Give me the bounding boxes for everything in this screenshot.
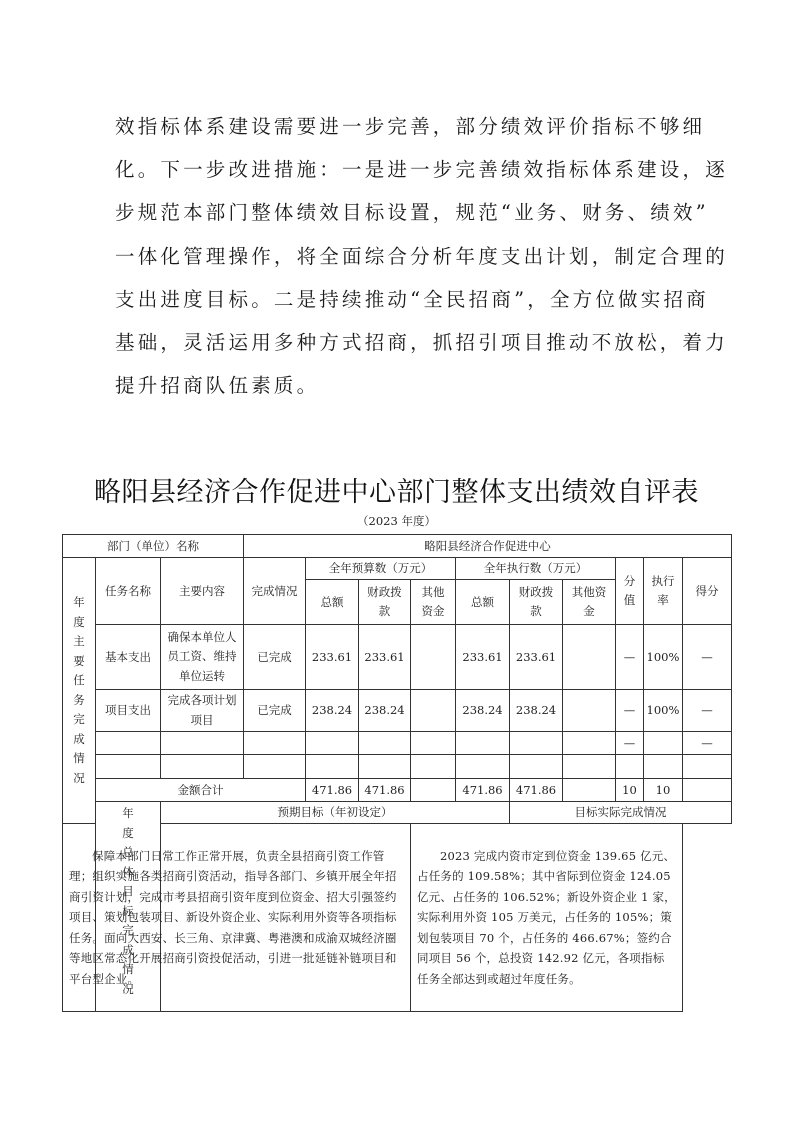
exec-fiscal-cell: 233.61 [510, 625, 563, 690]
budget-other-sum [411, 779, 456, 802]
header-exec-fiscal: 财政拨款 [510, 580, 563, 625]
paragraph-line: 支出进度目标。二是持续推动“全民招商”，全方位做实招商 [115, 278, 685, 321]
score-sum [683, 779, 732, 802]
table-title: 略阳县经济合作促进中心部门整体支出绩效自评表 [0, 470, 793, 509]
budget-fiscal-cell: 238.24 [359, 690, 411, 732]
completion-cell [244, 755, 306, 779]
exec-fiscal-cell [510, 755, 563, 779]
paragraph-line: 基础，灵活运用多种方式招商，抓招引项目推动不放松，着力 [115, 321, 685, 364]
section-task-completion-label: 年度主要任务完成情况 [63, 558, 96, 824]
score-cell: — [683, 690, 732, 732]
table-row [63, 755, 732, 779]
exec-rate-cell [644, 732, 683, 755]
budget-total-cell: 238.24 [306, 690, 359, 732]
paragraph-line: 一体化管理操作，将全面综合分析年度支出计划，制定合理的 [115, 235, 685, 278]
score-value-cell: — [616, 732, 644, 755]
header-budget-group: 全年预算数（万元） [306, 558, 456, 580]
total-label: 金额合计 [96, 779, 306, 802]
budget-other-cell [411, 732, 456, 755]
exec-rate-sum: 10 [644, 779, 683, 802]
paragraph-line: 效指标体系建设需要进一步完善，部分绩效评价指标不够细 [115, 105, 685, 148]
main-content-cell: 确保本单位人员工资、维持单位运转 [161, 625, 244, 690]
paragraph-line: 步规范本部门整体绩效目标设置，规范“业务、财务、绩效” [115, 191, 685, 234]
budget-fiscal-sum: 471.86 [359, 779, 411, 802]
exec-fiscal-cell: 238.24 [510, 690, 563, 732]
dept-name-label: 部门（单位）名称 [63, 535, 244, 558]
main-content-cell [161, 755, 244, 779]
score-value-cell: — [616, 690, 644, 732]
budget-fiscal-cell [359, 732, 411, 755]
actual-goal-content: 2023 完成内资市定到位资金 139.65 亿元、占任务的 109.58%；其… [411, 824, 683, 1012]
exec-total-sum: 471.86 [456, 779, 510, 802]
header-exec-total: 总额 [456, 580, 510, 625]
paragraph-line: 化。下一步改进措施：一是进一步完善绩效指标体系建设，逐 [115, 148, 685, 191]
exec-other-cell [563, 732, 616, 755]
score-cell [683, 755, 732, 779]
budget-other-cell [411, 690, 456, 732]
expected-goal-header: 预期目标（年初设定） [161, 802, 510, 824]
exec-total-cell: 233.61 [456, 625, 510, 690]
task-name-cell [96, 732, 161, 755]
budget-fiscal-cell [359, 755, 411, 779]
task-name-cell: 基本支出 [96, 625, 161, 690]
exec-fiscal-cell [510, 732, 563, 755]
header-completion: 完成情况 [244, 558, 306, 625]
total-row: 金额合计 471.86 471.86 471.86 471.86 10 10 [63, 779, 732, 802]
score-cell: — [683, 732, 732, 755]
body-paragraph: 效指标体系建设需要进一步完善，部分绩效评价指标不够细 化。下一步改进措施：一是进… [115, 105, 685, 407]
performance-self-evaluation-table: 部门（单位）名称 略阳县经济合作促进中心 年度主要任务完成情况 任务名称 主要内… [62, 534, 732, 1012]
paragraph-line: 提升招商队伍素质。 [115, 364, 685, 407]
budget-total-cell [306, 732, 359, 755]
budget-total-sum: 471.86 [306, 779, 359, 802]
task-name-cell: 项目支出 [96, 690, 161, 732]
exec-fiscal-sum: 471.86 [510, 779, 563, 802]
main-content-cell: 完成各项计划项目 [161, 690, 244, 732]
exec-other-cell [563, 625, 616, 690]
score-value-sum: 10 [616, 779, 644, 802]
exec-rate-cell: 100% [644, 690, 683, 732]
table-row: 基本支出 确保本单位人员工资、维持单位运转 已完成 233.61 233.61 … [63, 625, 732, 690]
header-task-name: 任务名称 [96, 558, 161, 625]
expected-goal-content: 保障本部门日常工作正常开展，负责全县招商引资工作管理；组织实施各类招商引资活动，… [63, 824, 411, 1012]
budget-other-cell [411, 625, 456, 690]
exec-total-cell [456, 732, 510, 755]
score-value-cell [616, 755, 644, 779]
exec-rate-cell: 100% [644, 625, 683, 690]
exec-total-cell [456, 755, 510, 779]
table-row: 项目支出 完成各项计划项目 已完成 238.24 238.24 238.24 2… [63, 690, 732, 732]
exec-rate-cell [644, 755, 683, 779]
header-budget-other: 其他资金 [411, 580, 456, 625]
score-value-cell: — [616, 625, 644, 690]
main-content-cell [161, 732, 244, 755]
header-main-content: 主要内容 [161, 558, 244, 625]
header-score: 得分 [683, 558, 732, 625]
header-exec-other: 其他资金 [563, 580, 616, 625]
header-budget-total: 总额 [306, 580, 359, 625]
completion-cell: 已完成 [244, 625, 306, 690]
budget-other-cell [411, 755, 456, 779]
budget-fiscal-cell: 233.61 [359, 625, 411, 690]
score-cell: — [683, 625, 732, 690]
completion-cell: 已完成 [244, 690, 306, 732]
header-score-value: 分值 [616, 558, 644, 625]
completion-cell [244, 732, 306, 755]
exec-total-cell: 238.24 [456, 690, 510, 732]
exec-other-cell [563, 690, 616, 732]
exec-other-cell [563, 755, 616, 779]
budget-total-cell: 233.61 [306, 625, 359, 690]
table-subtitle: （2023 年度） [0, 513, 793, 529]
header-exec-group: 全年执行数（万元） [456, 558, 616, 580]
header-budget-fiscal: 财政拨款 [359, 580, 411, 625]
actual-goal-header: 目标实际完成情况 [510, 802, 732, 824]
task-name-cell [96, 755, 161, 779]
table-row: — — [63, 732, 732, 755]
exec-other-sum [563, 779, 616, 802]
dept-name-value: 略阳县经济合作促进中心 [244, 535, 732, 558]
header-exec-rate: 执行率 [644, 558, 683, 625]
budget-total-cell [306, 755, 359, 779]
